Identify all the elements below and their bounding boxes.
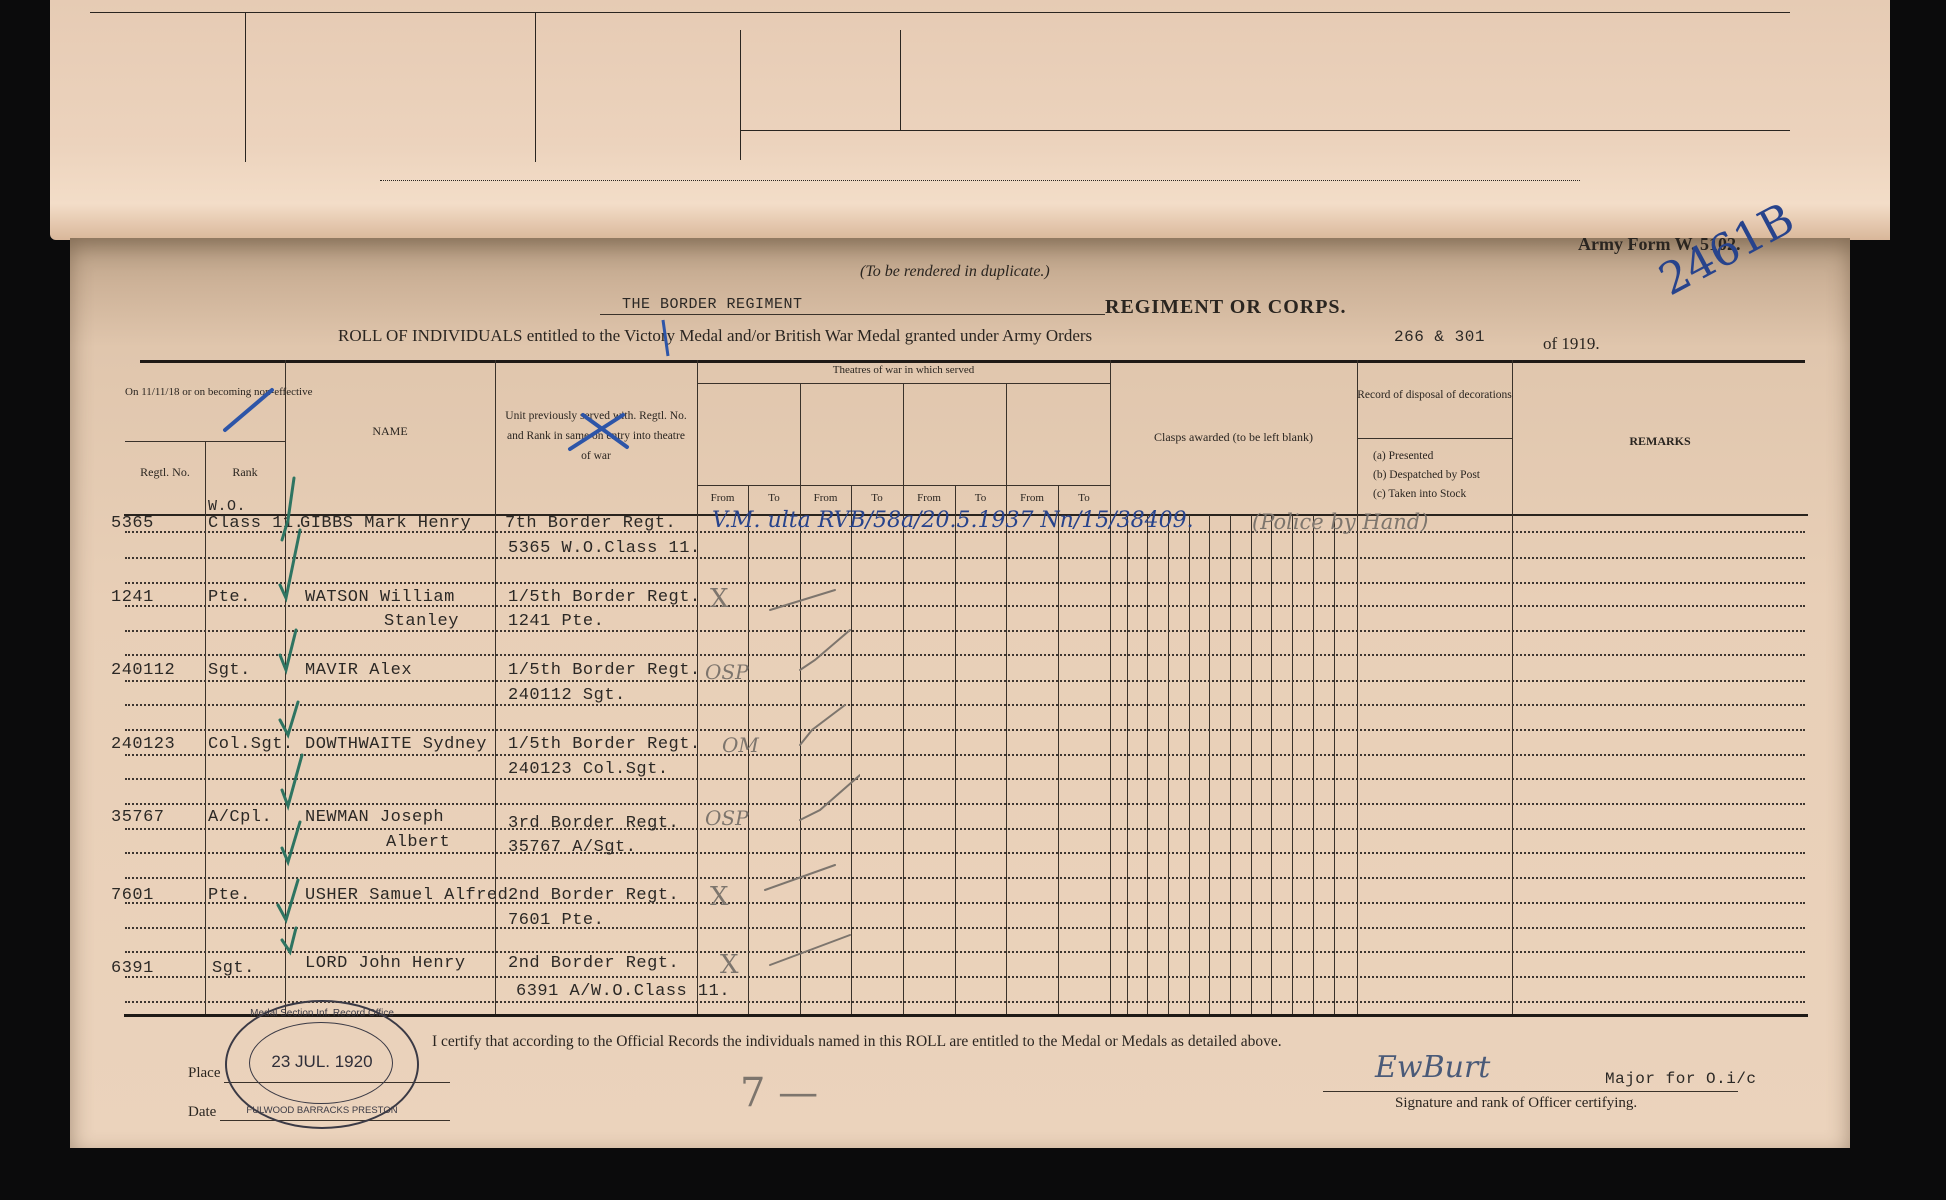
name: MAVIR Alex	[305, 661, 412, 680]
title-strike-mark	[660, 318, 672, 358]
handwritten-remark: (Police by Hand)	[1252, 510, 1428, 534]
clasp-line	[1209, 515, 1210, 1014]
col-line-remarks	[1512, 360, 1513, 1014]
rank: Sgt.	[212, 959, 255, 978]
theatre-3-to: To	[955, 492, 1006, 504]
stamp-bottom-text: FULWOOD BARRACKS PRESTON	[242, 1105, 402, 1116]
col-line-theatres	[697, 360, 698, 1014]
clasps-header: Clasps awarded (to be left blank)	[1110, 430, 1357, 445]
certification-text: I certify that according to the Official…	[432, 1033, 1282, 1051]
col-line-t5	[955, 485, 956, 1014]
pencil-theatre-mark: X	[710, 882, 729, 912]
pencil-theatre-mark: X	[720, 950, 739, 980]
clasp-line	[1292, 515, 1293, 1014]
record-office-stamp: Medal Section Inf. Record Office 23 JUL.…	[225, 1000, 419, 1129]
disposal-rule	[1357, 438, 1512, 439]
unit-line-1: 1/5th Border Regt.	[508, 735, 701, 754]
clasp-line	[1271, 515, 1272, 1014]
unit-line-1: 1/5th Border Regt.	[508, 661, 701, 680]
regtl-no: 35767	[111, 808, 165, 827]
clasp-line	[1147, 515, 1148, 1014]
unit-line-2: 5365 W.O.Class 11.	[508, 539, 701, 558]
unit-line-2: 1241 Pte.	[508, 612, 604, 631]
roll-title-medals: Victory Medal and/or British War Medal g…	[624, 326, 1092, 345]
col-line-t7	[1058, 485, 1059, 1014]
regtl-no: 5365	[111, 514, 154, 533]
pencil-page-mark: 7 —	[740, 1070, 818, 1116]
name: USHER Samuel Alfred	[305, 886, 508, 905]
army-orders-value: 266 & 301	[1394, 328, 1485, 346]
header-strike-mark	[220, 385, 280, 435]
rank: Pte.	[208, 886, 251, 905]
col-line-t6	[1006, 383, 1007, 1014]
disposal-option-c: (c) Taken into Stock	[1373, 488, 1466, 500]
name: GIBBS Mark Henry	[300, 514, 471, 533]
year-label: of 1919.	[1543, 334, 1600, 354]
disposal-option-a: (a) Presented	[1373, 450, 1433, 462]
signature-label: Signature and rank of Officer certifying…	[1395, 1095, 1637, 1112]
unit-line-1: 2nd Border Regt.	[508, 886, 679, 905]
handwritten-medal-note: V.M. ulta RVB/58a/20.5.1937 Nn/15/38409.	[712, 508, 1194, 533]
clasp-line	[1334, 515, 1335, 1014]
regtl-no: 240112	[111, 661, 175, 680]
clasp-line	[1313, 515, 1314, 1014]
col-line-t4	[903, 383, 904, 1014]
stamp-top-text: Medal Section Inf. Record Office	[242, 1008, 402, 1019]
green-checkmarks	[268, 470, 318, 1030]
theatre-3-from: From	[903, 492, 955, 504]
regtl-no: 240123	[111, 735, 175, 754]
regtl-no-header: Regtl. No.	[125, 465, 205, 480]
name-continued: Stanley	[384, 612, 459, 631]
date-label: Date	[188, 1104, 216, 1121]
regiment-label: REGIMENT OR CORPS.	[1105, 296, 1347, 319]
clasp-line	[1230, 515, 1231, 1014]
rank-prefix: W.O.	[208, 498, 246, 515]
theatre-2-from: From	[800, 492, 851, 504]
regtl-no: 6391	[111, 959, 154, 978]
header-cross-mark	[565, 405, 635, 455]
col-line-unit	[495, 360, 496, 1014]
officer-signature: EwBurt	[1375, 1050, 1490, 1085]
theatre-1-to: To	[748, 492, 800, 504]
regiment-underline	[600, 314, 1105, 315]
unit-line-2: 240112 Sgt.	[508, 686, 626, 705]
unit-line-2: 35767 A/Sgt.	[508, 838, 636, 857]
rank: Sgt.	[208, 661, 251, 680]
name: LORD John Henry	[305, 954, 466, 973]
roll-title-entitled: entitled to the	[527, 326, 620, 345]
place-label: Place	[188, 1065, 220, 1082]
theatre-1-from: From	[697, 492, 748, 504]
unit-line-2: 7601 Pte.	[508, 911, 604, 930]
signature-line	[1323, 1091, 1738, 1092]
roll-title: ROLL OF INDIVIDUALS entitled to the Vict…	[338, 326, 1092, 346]
unit-line-1: 1/5th Border Regt.	[508, 588, 701, 607]
unit-line-2: 240123 Col.Sgt.	[508, 760, 669, 779]
remarks-header: REMARKS	[1512, 434, 1808, 449]
unit-line-2: 6391 A/W.O.Class 11.	[516, 982, 730, 1001]
unit-line-1: 2nd Border Regt.	[508, 954, 679, 973]
disposal-header: Record of disposal of decorations	[1357, 383, 1512, 408]
clasp-line	[1127, 515, 1128, 1014]
officer-rank: Major for O.i/c	[1605, 1070, 1757, 1088]
clasp-line	[1189, 515, 1190, 1014]
pencil-theatre-mark: X	[710, 584, 729, 614]
name-continued: Albert	[386, 833, 450, 852]
regtl-no: 1241	[111, 588, 154, 607]
disposal-option-b: (b) Despatched by Post	[1373, 469, 1480, 481]
rank: A/Cpl.	[208, 808, 272, 827]
col-line-clasps	[1110, 360, 1111, 1014]
theatre-4-to: To	[1058, 492, 1110, 504]
regtl-no: 7601	[111, 886, 154, 905]
duplicate-instruction: (To be rendered in duplicate.)	[860, 263, 1050, 281]
name: WATSON William	[305, 588, 455, 607]
unit-line-1: 3rd Border Regt.	[508, 814, 679, 833]
clasp-line	[1168, 515, 1169, 1014]
rank: Pte.	[208, 588, 251, 607]
name: NEWMAN Joseph	[305, 808, 444, 827]
table-top-rule	[140, 360, 1805, 363]
regiment-value: THE BORDER REGIMENT	[622, 296, 803, 313]
col-line-disposal	[1357, 360, 1358, 1014]
stamp-date: 23 JUL. 1920	[227, 1052, 417, 1072]
clasp-line	[1251, 515, 1252, 1014]
unit-line-1: 7th Border Regt.	[505, 514, 676, 533]
name: DOWTHWAITE Sydney	[305, 735, 487, 754]
name-header: NAME	[285, 424, 495, 439]
facing-page	[50, 0, 1890, 240]
theatres-header: Theatres of war in which served	[697, 364, 1110, 376]
theatre-2-to: To	[851, 492, 903, 504]
roll-title-main: ROLL OF INDIVIDUALS	[338, 326, 522, 345]
pencil-tick-marks	[740, 570, 860, 1010]
theatre-4-from: From	[1006, 492, 1058, 504]
